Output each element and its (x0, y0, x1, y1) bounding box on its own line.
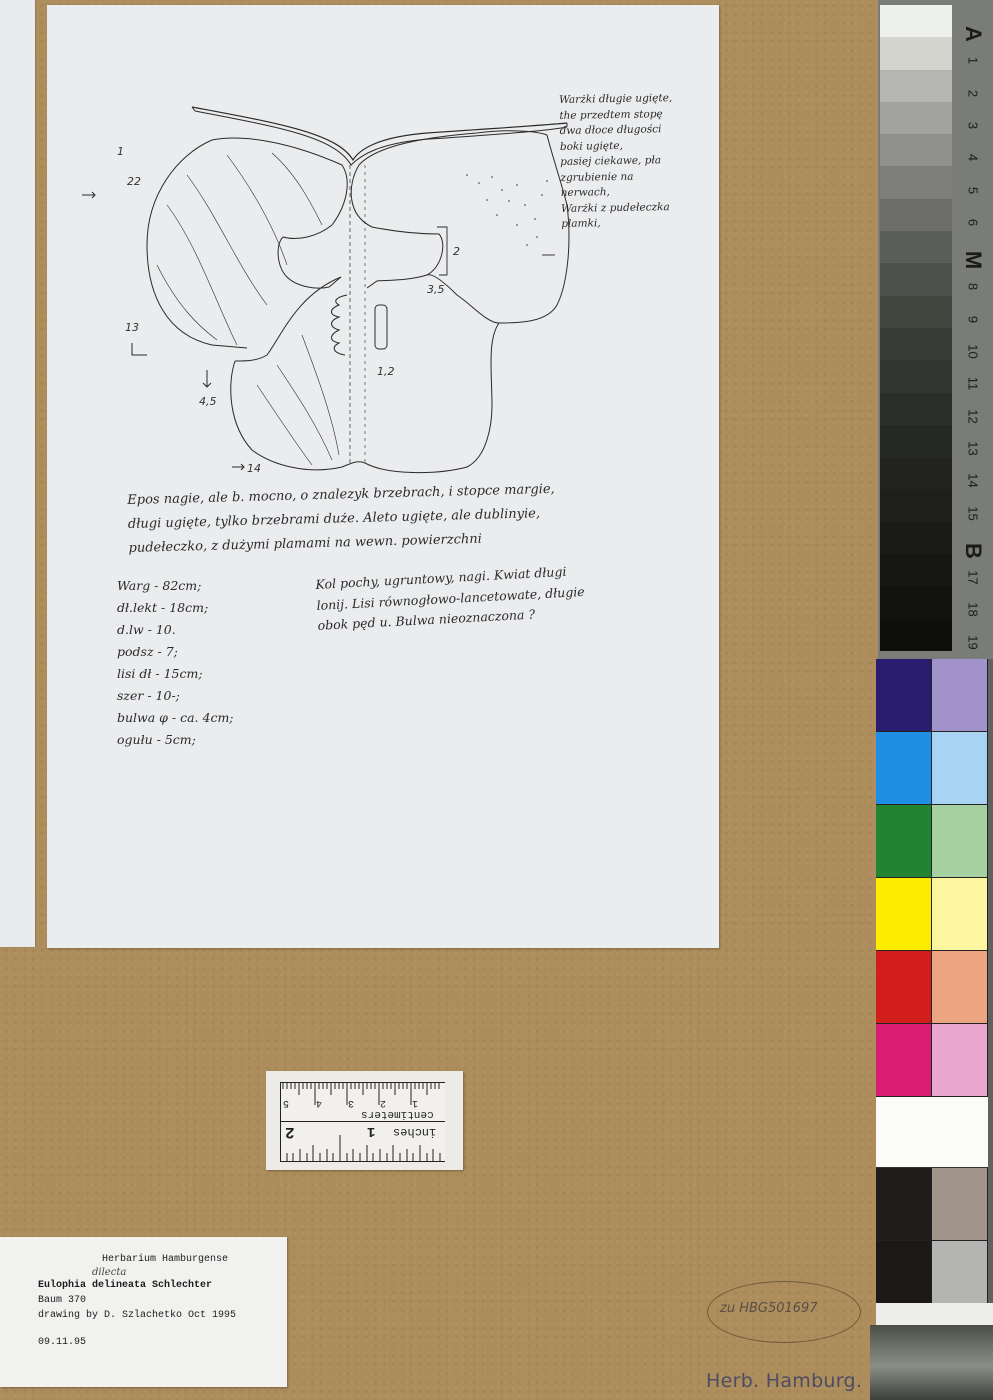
measurements-list: Warg - 82cm; dł.lekt - 18cm; d.lw - 10. … (117, 575, 234, 751)
cm-unit-label: centimeters (361, 1108, 434, 1120)
scale-ruler: 5 4 3 2 1 centimeters inches 1 2 (266, 1071, 463, 1170)
color-patch (932, 1168, 988, 1240)
specimen-label: Herbarium Hamburgense dilecta Eulophia d… (0, 1237, 287, 1387)
description-text: Epos nagie, ale b. mocno, o znalezyk brz… (127, 478, 556, 561)
color-patch (876, 951, 932, 1023)
grayscale-index: A123456M89101112131415B171819 (953, 7, 993, 657)
gray-patch (880, 296, 952, 328)
drawing-credit: drawing by D. Szlachetko Oct 1995 (38, 1310, 236, 1321)
dimension-label: 14 (247, 462, 261, 475)
dimension-label: 3,5 (427, 283, 445, 296)
dimension-label: 13 (125, 321, 139, 334)
gray-patch (880, 199, 952, 231)
cm-tick-label: 1 (412, 1097, 418, 1108)
gray-patch (880, 554, 952, 586)
gray-patch (880, 619, 952, 651)
color-patch (876, 805, 932, 877)
cm-tick-label: 3 (348, 1097, 354, 1108)
dimension-label: 22 (127, 175, 141, 188)
notes-right: Kol pochy, ugruntowy, nagi. Kwiat długi … (315, 561, 586, 636)
scale-label: 6 (966, 202, 981, 242)
gray-patch (880, 522, 952, 554)
gray-patch (880, 457, 952, 489)
color-patch (876, 1168, 932, 1240)
gray-patch (880, 586, 952, 618)
taxon-name: Eulophia delineata Schlechter (38, 1280, 212, 1291)
gray-patch (880, 134, 952, 166)
scan-edge-shadow (870, 1325, 993, 1400)
gray-patch (880, 425, 952, 457)
gray-patch (880, 328, 952, 360)
dimension-label: 4,5 (199, 395, 217, 408)
color-patch (876, 659, 932, 731)
gray-patch (880, 360, 952, 392)
label-date: 09.11.95 (38, 1337, 86, 1348)
reference-note: zu HBG501697 (720, 1301, 818, 1316)
color-patch (876, 1024, 932, 1096)
color-patch (932, 732, 988, 804)
color-patch (932, 805, 988, 877)
white-patch (876, 1097, 988, 1168)
collector-number: Baum 370 (38, 1295, 86, 1306)
herbarium-stamp: Herb. Hamburg. (706, 1370, 862, 1392)
inch-tick-label: 2 (285, 1123, 295, 1141)
inch-tick-label: 1 (367, 1123, 375, 1139)
cm-tick-label: 5 (283, 1097, 289, 1108)
gray-patch (880, 231, 952, 263)
color-patch (932, 951, 988, 1023)
gray-patch (880, 5, 952, 37)
dimension-label: 1 (117, 145, 124, 158)
gray-patch (880, 102, 952, 134)
gray-patch (880, 393, 952, 425)
adjacent-sheet-edge (0, 0, 35, 947)
color-patch (932, 878, 988, 950)
gray-patch (880, 166, 952, 198)
side-annotation: Warżki długie ugięte, the przedtem stopę… (559, 91, 675, 232)
gray-patch (880, 37, 952, 69)
dimension-label: 2 (453, 245, 460, 258)
color-patch (876, 732, 932, 804)
gray-patch (880, 70, 952, 102)
color-patches (876, 659, 988, 1314)
orchid-lip-drawing (47, 5, 719, 485)
grayscale-strip (880, 5, 952, 651)
gray-patch (880, 263, 952, 295)
gray-patch (880, 489, 952, 521)
color-patch (876, 878, 932, 950)
scale-label: 19 (966, 622, 981, 662)
scale-label: 15 (966, 493, 981, 533)
ruler-ticks (281, 1083, 445, 1161)
handwritten-correction: dilecta (92, 1267, 126, 1278)
inch-unit-label: inches (393, 1125, 436, 1139)
cm-tick-label: 2 (380, 1097, 386, 1108)
drawing-sheet: 22 13 4,5 14 2 3,5 1,2 1 Warżki długie u… (47, 5, 719, 948)
cm-tick-label: 4 (316, 1097, 322, 1108)
color-patch (932, 1024, 988, 1096)
dimension-label: 1,2 (377, 365, 395, 378)
color-patch (932, 659, 988, 731)
institution-name: Herbarium Hamburgense (102, 1254, 228, 1265)
